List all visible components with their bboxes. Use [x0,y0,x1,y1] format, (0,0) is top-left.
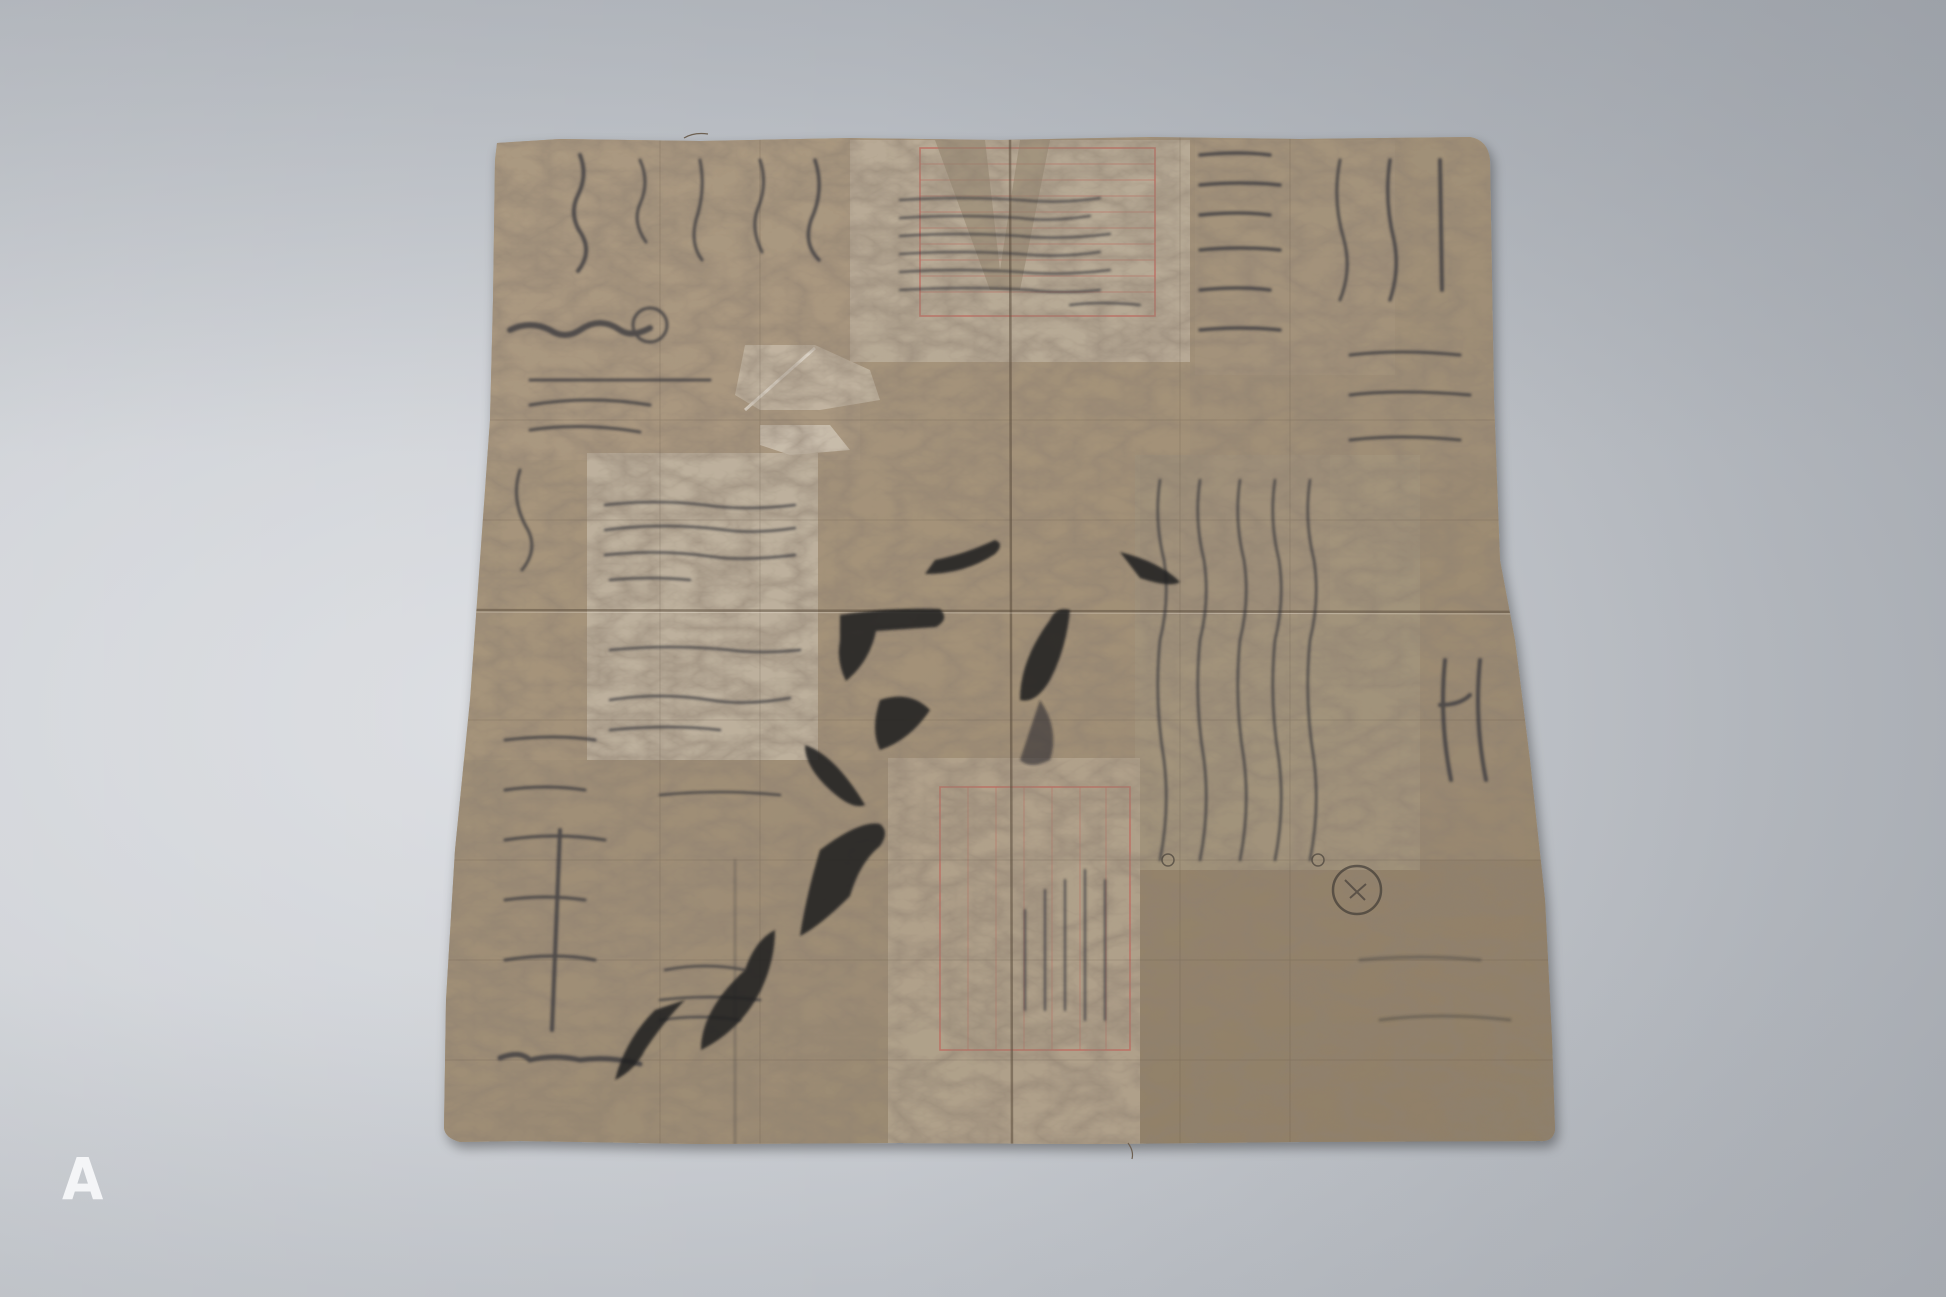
panel-label: A [62,1150,103,1208]
loose-fiber [684,134,708,139]
document-photo [0,0,1946,1297]
